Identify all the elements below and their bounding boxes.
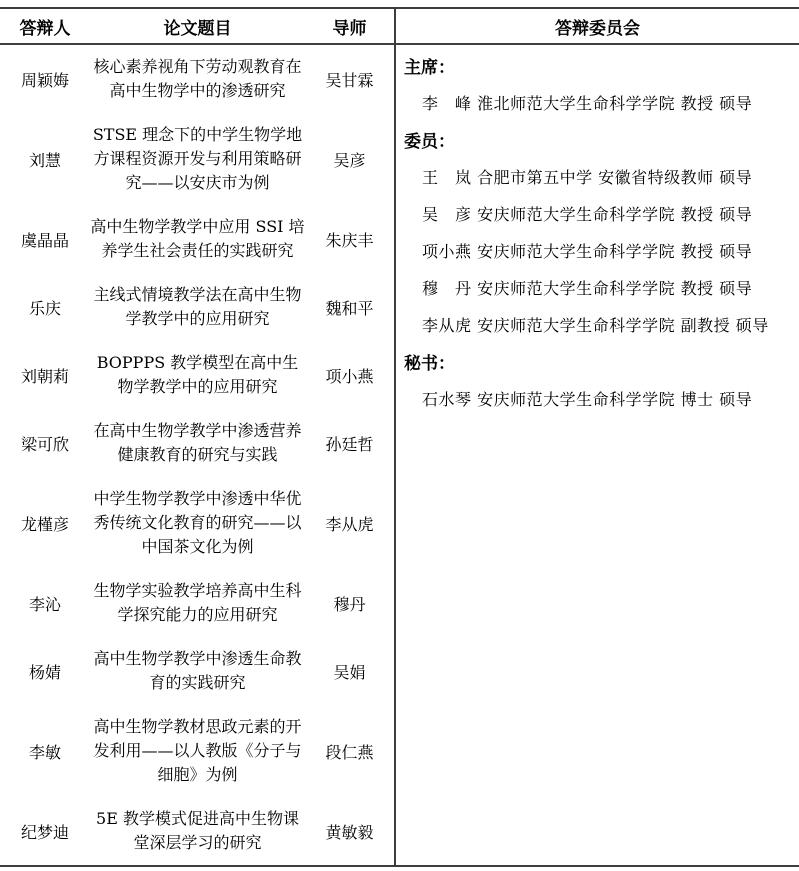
header-defender: 答辩人 <box>0 14 90 39</box>
thesis-title: 主线式情境教学法在高中生物学教学中的应用研究 <box>90 273 305 341</box>
table-row: 李沁 生物学实验教学培养高中生科学探究能力的应用研究 穆丹 <box>0 569 394 637</box>
defense-schedule-document: 答辩人 论文题目 导师 周颖娒 核心素养视角下劳动观教育在高中生物学中的渗透研究… <box>0 7 799 867</box>
thesis-title: 高中生物学教学中渗透生命教育的实践研究 <box>90 637 305 705</box>
committee-body: 主席： 李 峰 淮北师范大学生命科学学院 教授 硕导 委员： 王 岚 合肥市第五… <box>396 45 799 417</box>
committee-member: 穆 丹 安庆师范大学生命科学学院 教授 硕导 <box>396 269 799 306</box>
defender-name: 周颖娒 <box>0 68 90 91</box>
table-row: 虞晶晶 高中生物学教学中应用 SSI 培养学生社会责任的实践研究 朱庆丰 <box>0 205 394 273</box>
committee-member: 李从虎 安庆师范大学生命科学学院 副教授 硕导 <box>396 306 799 343</box>
advisor-name: 吴娟 <box>305 660 394 683</box>
thesis-title: 高中生物学教材思政元素的开发利用——以人教版《分子与细胞》为例 <box>90 705 305 797</box>
advisor-name: 魏和平 <box>305 296 394 319</box>
defender-name: 纪梦迪 <box>0 820 90 843</box>
defense-schedule-page: 答辩人 论文题目 导师 周颖娒 核心素养视角下劳动观教育在高中生物学中的渗透研究… <box>0 0 799 871</box>
advisor-name: 段仁燕 <box>305 740 394 763</box>
advisor-name: 朱庆丰 <box>305 228 394 251</box>
committee-member: 项小燕 安庆师范大学生命科学学院 教授 硕导 <box>396 232 799 269</box>
committee-panel: 答辩委员会 主席： 李 峰 淮北师范大学生命科学学院 教授 硕导 委员： 王 岚… <box>394 9 799 865</box>
committee-role-label-members: 委员： <box>396 121 799 158</box>
table-row: 刘慧 STSE 理念下的中学生物学地方课程资源开发与利用策略研究——以安庆市为例… <box>0 113 394 205</box>
advisor-name: 吴彦 <box>305 148 394 171</box>
advisor-name: 穆丹 <box>305 592 394 615</box>
thesis-title: 高中生物学教学中应用 SSI 培养学生社会责任的实践研究 <box>90 205 305 273</box>
thesis-title: 5E 教学模式促进高中生物课堂深层学习的研究 <box>90 797 305 865</box>
thesis-title: 中学生物学教学中渗透中华优秀传统文化教育的研究——以中国茶文化为例 <box>90 477 305 569</box>
table-row: 周颖娒 核心素养视角下劳动观教育在高中生物学中的渗透研究 吴甘霖 <box>0 45 394 113</box>
thesis-title: 在高中生物学教学中渗透营养健康教育的研究与实践 <box>90 409 305 477</box>
thesis-title: STSE 理念下的中学生物学地方课程资源开发与利用策略研究——以安庆市为例 <box>90 113 305 205</box>
defender-name: 龙槿彦 <box>0 512 90 535</box>
committee-role-label-secretary: 秘书： <box>396 343 799 380</box>
defender-name: 乐庆 <box>0 296 90 319</box>
thesis-title: BOPPPS 教学模型在高中生物学教学中的应用研究 <box>90 341 305 409</box>
header-advisor: 导师 <box>305 14 394 39</box>
defense-table: 答辩人 论文题目 导师 周颖娒 核心素养视角下劳动观教育在高中生物学中的渗透研究… <box>0 9 394 865</box>
committee-member: 王 岚 合肥市第五中学 安徽省特级教师 硕导 <box>396 158 799 195</box>
advisor-name: 李从虎 <box>305 512 394 535</box>
committee-role-label-chair: 主席： <box>396 47 799 84</box>
defender-name: 虞晶晶 <box>0 228 90 251</box>
defender-name: 李沁 <box>0 592 90 615</box>
committee-member: 李 峰 淮北师范大学生命科学学院 教授 硕导 <box>396 84 799 121</box>
committee-member: 石水琴 安庆师范大学生命科学学院 博士 硕导 <box>396 380 799 417</box>
defender-name: 刘慧 <box>0 148 90 171</box>
advisor-name: 黄敏毅 <box>305 820 394 843</box>
header-thesis-title: 论文题目 <box>90 14 305 39</box>
defender-name: 李敏 <box>0 740 90 763</box>
defender-name: 刘朝莉 <box>0 364 90 387</box>
table-row: 刘朝莉 BOPPPS 教学模型在高中生物学教学中的应用研究 项小燕 <box>0 341 394 409</box>
table-body: 周颖娒 核心素养视角下劳动观教育在高中生物学中的渗透研究 吴甘霖 刘慧 STSE… <box>0 45 394 865</box>
advisor-name: 吴甘霖 <box>305 68 394 91</box>
thesis-title: 核心素养视角下劳动观教育在高中生物学中的渗透研究 <box>90 45 305 113</box>
thesis-title: 生物学实验教学培养高中生科学探究能力的应用研究 <box>90 569 305 637</box>
advisor-name: 项小燕 <box>305 364 394 387</box>
table-row: 龙槿彦 中学生物学教学中渗透中华优秀传统文化教育的研究——以中国茶文化为例 李从… <box>0 477 394 569</box>
defender-name: 杨婧 <box>0 660 90 683</box>
table-row: 李敏 高中生物学教材思政元素的开发利用——以人教版《分子与细胞》为例 段仁燕 <box>0 705 394 797</box>
table-row: 杨婧 高中生物学教学中渗透生命教育的实践研究 吴娟 <box>0 637 394 705</box>
committee-member: 吴 彦 安庆师范大学生命科学学院 教授 硕导 <box>396 195 799 232</box>
header-committee: 答辩委员会 <box>396 9 799 45</box>
table-row: 乐庆 主线式情境教学法在高中生物学教学中的应用研究 魏和平 <box>0 273 394 341</box>
table-row: 梁可欣 在高中生物学教学中渗透营养健康教育的研究与实践 孙廷哲 <box>0 409 394 477</box>
table-row: 纪梦迪 5E 教学模式促进高中生物课堂深层学习的研究 黄敏毅 <box>0 797 394 865</box>
table-header-row: 答辩人 论文题目 导师 <box>0 9 394 45</box>
defender-name: 梁可欣 <box>0 432 90 455</box>
advisor-name: 孙廷哲 <box>305 432 394 455</box>
